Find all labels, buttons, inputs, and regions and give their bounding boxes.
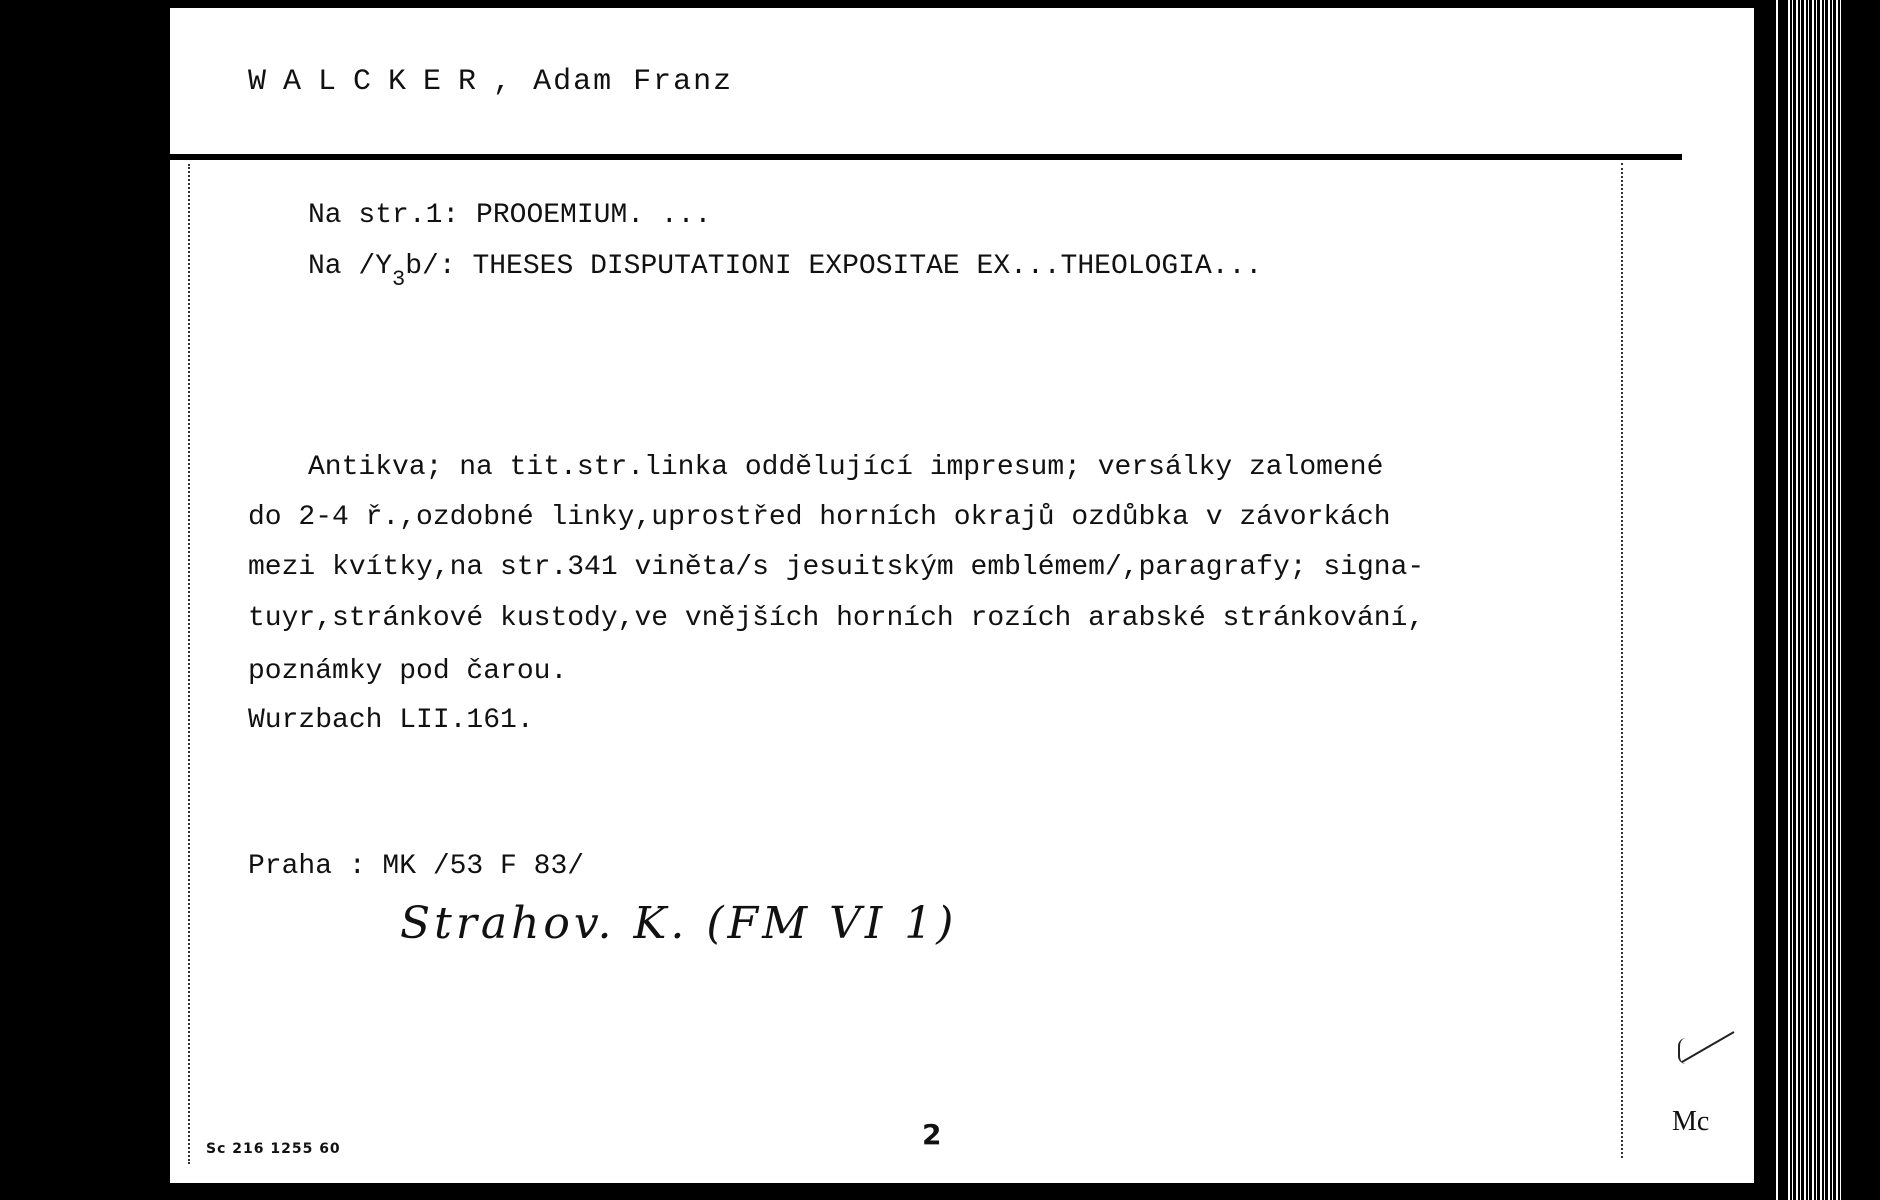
heading-separator: , bbox=[493, 65, 513, 99]
description-line: Antikva; na tit.str.linka oddělující imp… bbox=[308, 452, 1383, 483]
left-margin-line bbox=[188, 164, 190, 1164]
heading-rule bbox=[168, 154, 1682, 160]
scan-right-border bbox=[1754, 0, 1790, 1200]
description-line: do 2-4 ř.,ozdobné linky,uprostřed horníc… bbox=[248, 502, 1391, 533]
incipit-prefix: Na str.1: bbox=[308, 200, 459, 231]
handwritten-shelfmark: Strahov. K. (FM VI 1) bbox=[400, 898, 957, 949]
heading-given-names: Adam Franz bbox=[533, 65, 733, 99]
scan-edge-artifact bbox=[1788, 0, 1844, 1200]
right-margin-line bbox=[1621, 163, 1623, 1158]
incipit-text: PROOEMIUM. ... bbox=[476, 200, 711, 231]
scan-top-border bbox=[0, 0, 1880, 8]
bibliographic-reference: Wurzbach LII.161. bbox=[248, 705, 534, 736]
heading-surname: WALCKER bbox=[248, 65, 493, 99]
incipit-line-2: Na /Y3b/: THESES DISPUTATIONI EXPOSITAE … bbox=[308, 251, 1262, 282]
description-line: poznámky pod čarou. bbox=[248, 656, 567, 687]
card-catalog-number: Sc 216 1255 60 bbox=[206, 1141, 341, 1157]
incipit-prefix-b: b/: bbox=[405, 251, 455, 282]
holding-location: Praha : MK /53 F 83/ bbox=[248, 851, 584, 882]
incipit-line-1: Na str.1: PROOEMIUM. ... bbox=[308, 200, 711, 231]
card-heading: WALCKER, Adam Franz bbox=[248, 65, 733, 99]
card-page-number: 2 bbox=[922, 1118, 941, 1151]
description-line: tuyr,stránkové kustody,ve vnějších horní… bbox=[248, 603, 1424, 634]
scan-edge-line bbox=[1776, 0, 1778, 1200]
cataloger-initials: Mc bbox=[1672, 1106, 1709, 1138]
incipit-text: THESES DISPUTATIONI EXPOSITAE EX...THEOL… bbox=[472, 251, 1262, 282]
incipit-subscript: 3 bbox=[392, 267, 405, 292]
description-line: mezi kvítky,na str.341 viněta/s jesuitsk… bbox=[248, 552, 1424, 583]
incipit-prefix-a: Na /Y bbox=[308, 251, 392, 282]
catalog-card: WALCKER, Adam Franz Na str.1: PROOEMIUM.… bbox=[170, 8, 1754, 1183]
